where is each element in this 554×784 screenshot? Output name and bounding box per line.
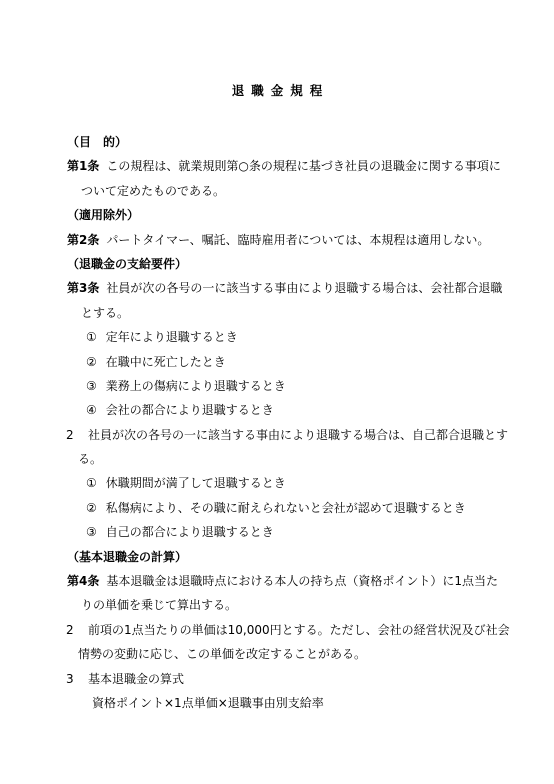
doc-line-text: 定年により退職するとき	[106, 330, 238, 344]
doc-line-label: 2	[66, 423, 88, 447]
doc-line-text: 私傷病により、その職に耐えられないと会社が認めて退職するとき	[106, 501, 466, 515]
doc-line-heading: （退職金の支給要件）	[0, 252, 554, 276]
doc-line-item: ①休職期間が満了して退職するとき	[0, 471, 554, 495]
doc-line-label: ②	[86, 501, 97, 515]
doc-line-cont: とする。	[0, 301, 554, 325]
doc-line-item: ①定年により退職するとき	[0, 325, 554, 349]
doc-line-text: （適用除外）	[67, 208, 139, 222]
doc-line-article: 第2条パートタイマー、嘱託、臨時雇用者については、本規程は適用しない。	[0, 228, 554, 252]
doc-line-text: 業務上の傷病により退職するとき	[106, 379, 286, 393]
doc-line-cont2: る。	[0, 447, 554, 471]
doc-line-formula: 資格ポイント×1点単価×退職事由別支給率	[0, 691, 554, 715]
doc-line-label: 3	[66, 667, 88, 691]
doc-line-text: 資格ポイント×1点単価×退職事由別支給率	[92, 696, 324, 710]
doc-line-text: ついて定めたものである。	[81, 184, 225, 198]
doc-line-heading: （適用除外）	[0, 203, 554, 227]
doc-line-para: 3基本退職金の算式	[0, 667, 554, 691]
document-body: （目 的）第1条この規程は、就業規則第○条の規程に基づき社員の退職金に関する事項…	[0, 130, 554, 715]
doc-line-item: ③業務上の傷病により退職するとき	[0, 374, 554, 398]
doc-line-text: 社員が次の各号の一に該当する事由により退職する場合は、自己都合退職とす	[88, 428, 508, 442]
doc-line-text: この規程は、就業規則第○条の規程に基づき社員の退職金に関する事項に	[106, 159, 500, 173]
doc-line-text: 会社の都合により退職するとき	[106, 403, 274, 417]
doc-line-para: 2社員が次の各号の一に該当する事由により退職する場合は、自己都合退職とす	[0, 423, 554, 447]
doc-line-text: 社員が次の各号の一に該当する事由により退職する場合は、会社都合退職	[106, 281, 502, 295]
doc-line-item: ③自己の都合により退職するとき	[0, 520, 554, 544]
doc-line-article: 第3条社員が次の各号の一に該当する事由により退職する場合は、会社都合退職	[0, 276, 554, 300]
doc-line-label: 第3条	[67, 281, 99, 295]
doc-line-text: 基本退職金は退職時点における本人の持ち点（資格ポイント）に1点当た	[106, 574, 498, 588]
doc-line-article: 第1条この規程は、就業規則第○条の規程に基づき社員の退職金に関する事項に	[0, 154, 554, 178]
doc-line-label: ②	[86, 355, 97, 369]
doc-line-cont: りの単価を乗じて算出する。	[0, 593, 554, 617]
doc-line-text: 前項の1点当たりの単価は10,000円とする。ただし、会社の経営状況及び社会	[88, 623, 510, 637]
doc-line-text: 情勢の変動に応じ、この単価を改定することがある。	[78, 647, 366, 661]
doc-line-text: る。	[78, 452, 102, 466]
doc-line-label: 第1条	[67, 159, 99, 173]
doc-line-text: （退職金の支給要件）	[67, 257, 187, 271]
doc-line-heading: （基本退職金の計算）	[0, 545, 554, 569]
doc-line-label: 第2条	[67, 233, 99, 247]
doc-line-text: パートタイマー、嘱託、臨時雇用者については、本規程は適用しない。	[106, 233, 489, 247]
doc-line-item: ④会社の都合により退職するとき	[0, 398, 554, 422]
doc-line-text: （目 的）	[67, 135, 127, 149]
doc-line-heading: （目 的）	[0, 130, 554, 154]
doc-line-text: りの単価を乗じて算出する。	[81, 598, 237, 612]
doc-line-label: ④	[86, 403, 97, 417]
doc-line-label: ③	[86, 525, 97, 539]
doc-line-item: ②在職中に死亡したとき	[0, 350, 554, 374]
doc-line-label: ①	[86, 330, 97, 344]
doc-line-text: 自己の都合により退職するとき	[106, 525, 274, 539]
doc-line-item: ②私傷病により、その職に耐えられないと会社が認めて退職するとき	[0, 496, 554, 520]
doc-line-label: ①	[86, 476, 97, 490]
document-page: 退職金規程 （目 的）第1条この規程は、就業規則第○条の規程に基づき社員の退職金…	[0, 0, 554, 784]
doc-line-text: 在職中に死亡したとき	[106, 355, 226, 369]
doc-line-para: 2前項の1点当たりの単価は10,000円とする。ただし、会社の経営状況及び社会	[0, 618, 554, 642]
doc-line-label: 2	[66, 618, 88, 642]
doc-line-text: とする。	[81, 306, 129, 320]
doc-line-cont: ついて定めたものである。	[0, 179, 554, 203]
doc-line-text: 休職期間が満了して退職するとき	[106, 476, 286, 490]
doc-line-label: ③	[86, 379, 97, 393]
doc-line-text: 基本退職金の算式	[88, 672, 184, 686]
doc-line-label: 第4条	[67, 574, 99, 588]
document-title: 退職金規程	[0, 81, 554, 99]
doc-line-text: （基本退職金の計算）	[67, 550, 187, 564]
doc-line-cont2: 情勢の変動に応じ、この単価を改定することがある。	[0, 642, 554, 666]
doc-line-article: 第4条基本退職金は退職時点における本人の持ち点（資格ポイント）に1点当た	[0, 569, 554, 593]
